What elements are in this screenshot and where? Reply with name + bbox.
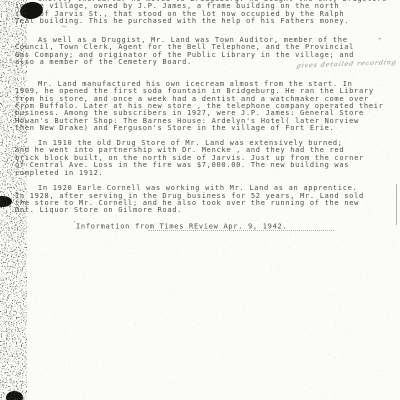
right-edge-scan-line (396, 184, 397, 225)
ink-blob-mid-left (0, 196, 12, 207)
footnote-text: Information from Times REview Apr. 9, 19… (76, 222, 287, 230)
ink-blob-bottom-left (6, 391, 23, 400)
scanned-document-page: { "document": { "paragraphs": [ { "lines… (0, 0, 400, 400)
insertion-mark-icon: ~ (54, 0, 59, 8)
paragraph-3: Mr. Land manufactured his own icecream a… (15, 81, 397, 133)
text-line: completed in 1912. (15, 170, 397, 177)
dotted-underline-mark (148, 230, 334, 231)
paragraph-1: Shortly thereafter he moved to Bridgebur… (15, 0, 397, 26)
text-line: Ont. Liquor Store on Gilmore Road. (15, 207, 397, 214)
page-background: Shortly thereafter he moved to Bridgebur… (0, 0, 400, 400)
text-line: then New Drake) and Ferguson's Store in … (15, 125, 397, 132)
typed-text-column: Shortly thereafter he moved to Bridgebur… (15, 0, 397, 231)
paragraph-4: In 1910 the old Drug Store of Mr. Land w… (15, 140, 397, 177)
pencil-plus-mark: + (378, 36, 382, 43)
paragraph-5: In 1920 Earle Cornell was working with M… (15, 185, 397, 215)
insertion-mark-icon: ~ (61, 23, 68, 32)
text-line: Teal building. This he purchased with th… (15, 18, 397, 25)
